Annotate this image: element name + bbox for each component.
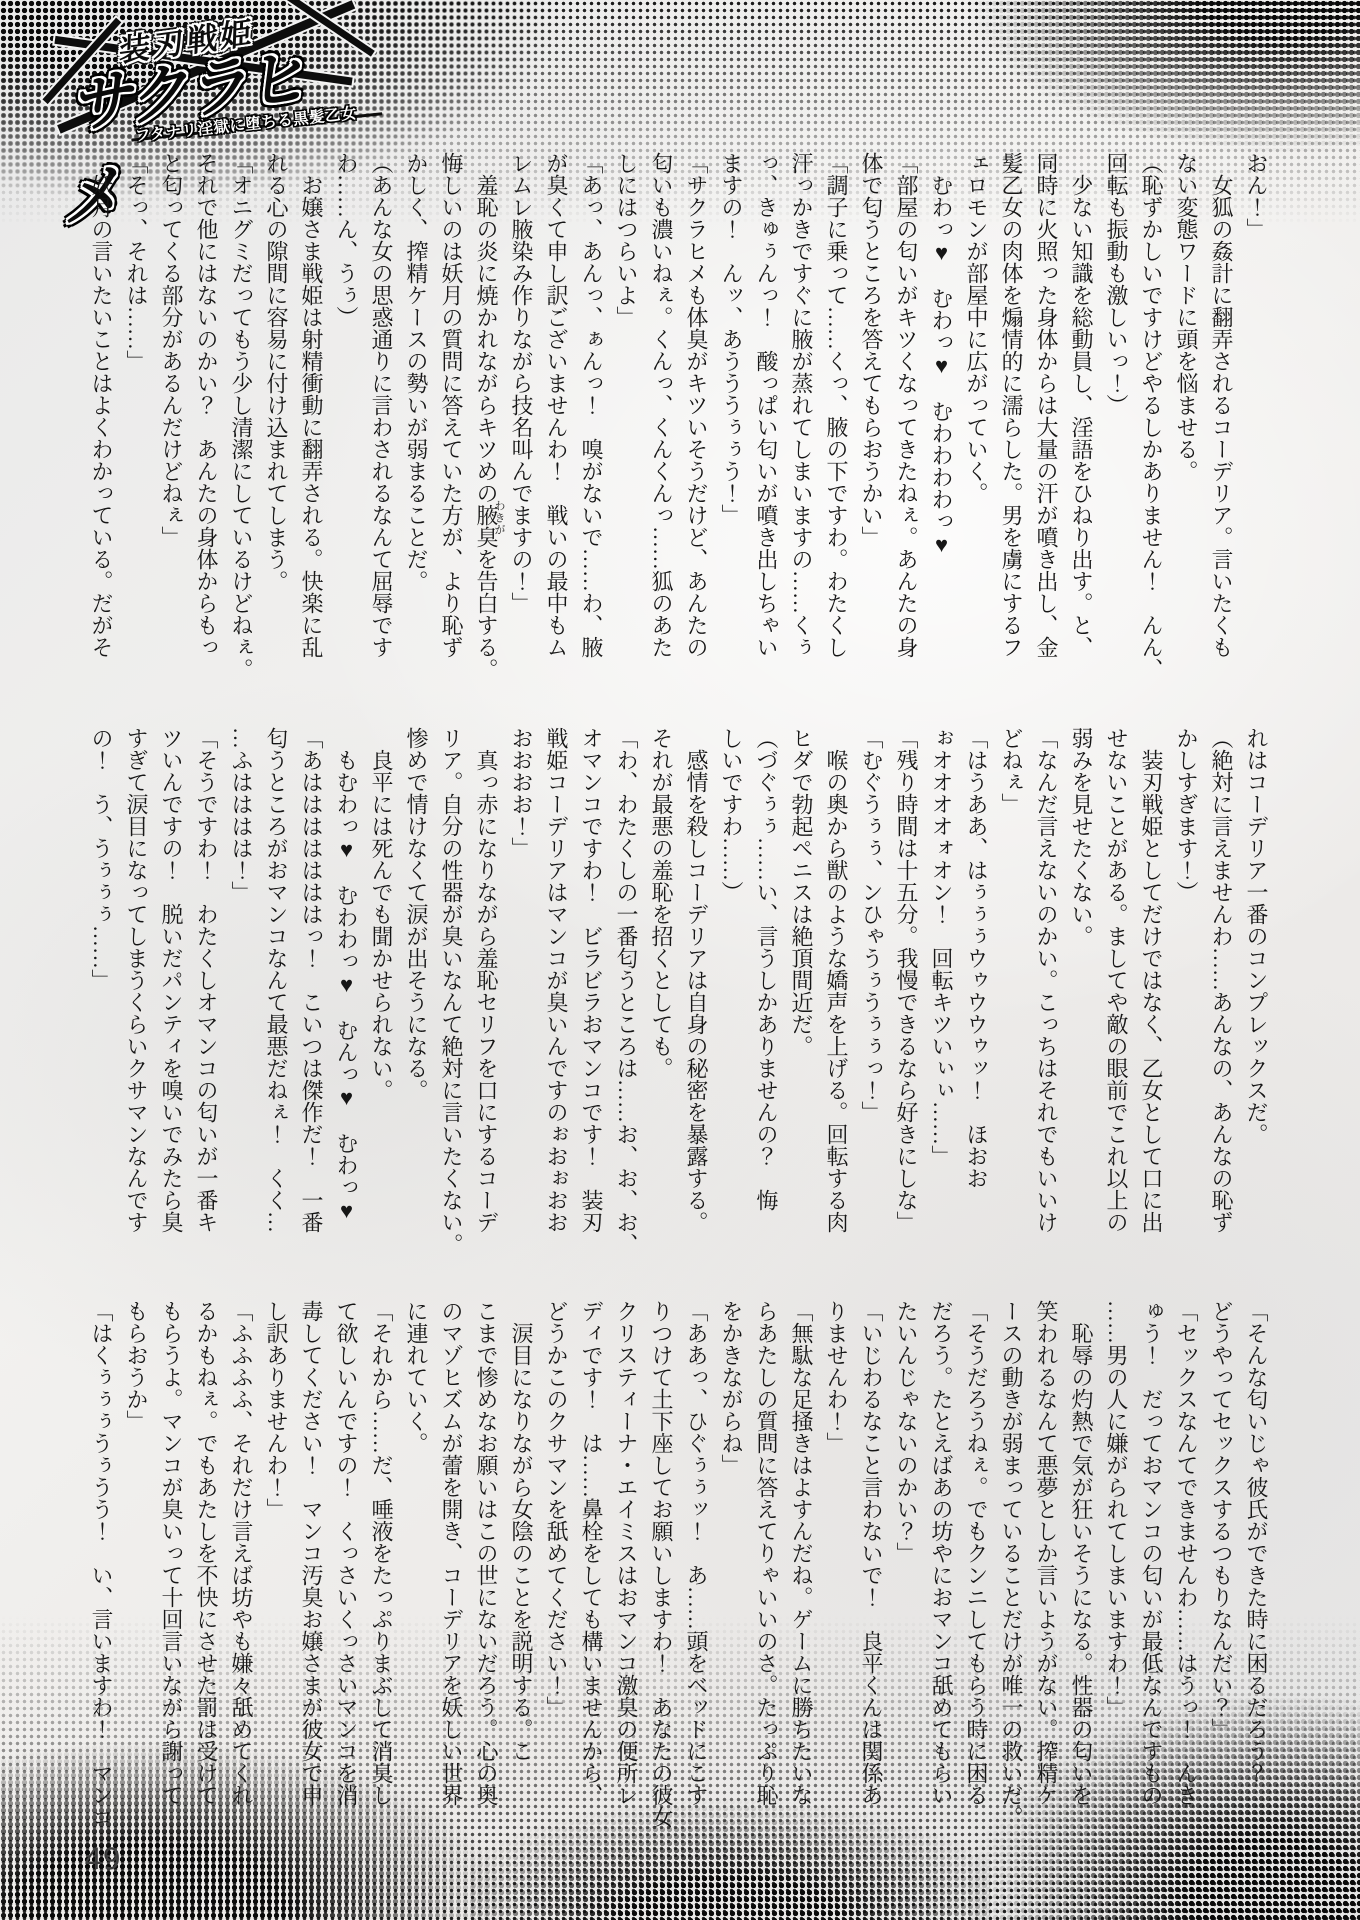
text-band-bottom: 「そんな匂いじゃ彼氏ができた時に困るだろう？ どうやってセックスするつもりなんだ… bbox=[84, 1300, 1274, 1848]
novel-page: 装刃戦姫 サクラヒメ フタナリ淫獄に堕ちる黒髪乙女 おん！」 女狐の姦計に翻弄さ… bbox=[0, 0, 1360, 1920]
furigana-wakiga: わきが bbox=[493, 500, 504, 536]
page-number: 49 bbox=[84, 1842, 121, 1876]
text-band-top: おん！」 女狐の姦計に翻弄されるコーデリア。言いたくも ない変態ワードに頭を悩ま… bbox=[84, 152, 1274, 700]
text-band-middle: れはコーデリア一番のコンプレックスだ。 （絶対に言えませんわ……あんなの、あんな… bbox=[84, 727, 1274, 1275]
